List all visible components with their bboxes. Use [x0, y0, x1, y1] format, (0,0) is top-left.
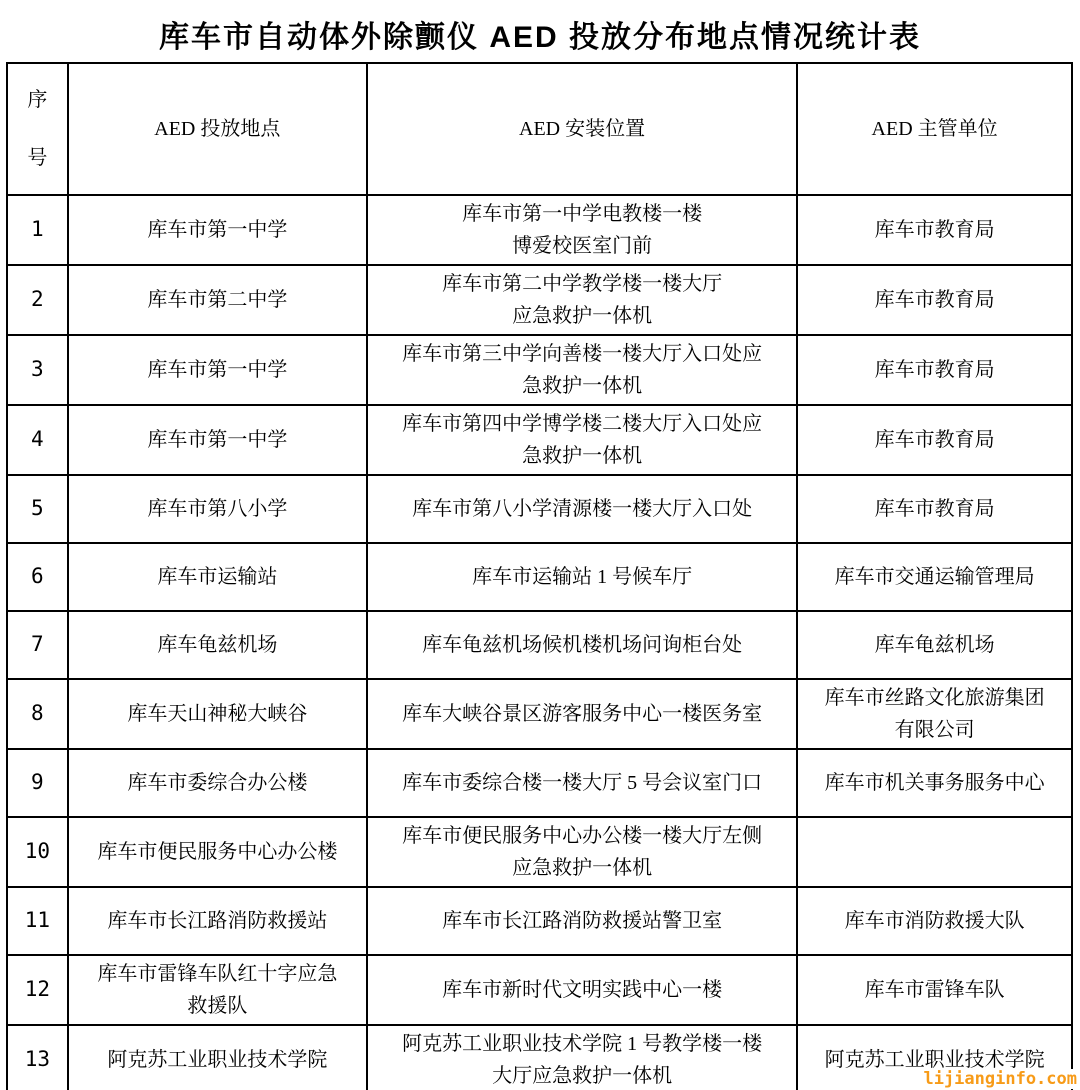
cell-position: 库车市便民服务中心办公楼一楼大厅左侧 应急救护一体机 — [367, 817, 797, 887]
cell-num: 13 — [7, 1025, 68, 1090]
cell-num: 9 — [7, 749, 68, 817]
table-row: 8库车天山神秘大峡谷库车大峡谷景区游客服务中心一楼医务室库车市丝路文化旅游集团 … — [7, 679, 1072, 749]
cell-location: 库车市长江路消防救援站 — [68, 887, 367, 955]
table-row: 6库车市运输站库车市运输站 1 号候车厅库车市交通运输管理局 — [7, 543, 1072, 611]
table-row: 7库车龟兹机场库车龟兹机场候机楼机场问询柜台处库车龟兹机场 — [7, 611, 1072, 679]
cell-location: 库车市第二中学 — [68, 265, 367, 335]
header-placement-location: AED 投放地点 — [68, 63, 367, 195]
cell-unit: 库车市丝路文化旅游集团 有限公司 — [797, 679, 1072, 749]
cell-location: 库车市运输站 — [68, 543, 367, 611]
cell-num: 1 — [7, 195, 68, 265]
header-install-position: AED 安装位置 — [367, 63, 797, 195]
cell-position: 库车市第四中学博学楼二楼大厅入口处应 急救护一体机 — [367, 405, 797, 475]
table-body: 1库车市第一中学库车市第一中学电教楼一楼 博爱校医室门前库车市教育局2库车市第二… — [7, 195, 1072, 1090]
cell-num: 4 — [7, 405, 68, 475]
table-row: 11库车市长江路消防救援站库车市长江路消防救援站警卫室库车市消防救援大队 — [7, 887, 1072, 955]
table-row: 9库车市委综合办公楼库车市委综合楼一楼大厅 5 号会议室门口库车市机关事务服务中… — [7, 749, 1072, 817]
cell-location: 库车市第一中学 — [68, 405, 367, 475]
cell-unit: 库车市教育局 — [797, 405, 1072, 475]
cell-location: 库车天山神秘大峡谷 — [68, 679, 367, 749]
cell-unit: 库车市交通运输管理局 — [797, 543, 1072, 611]
cell-num: 8 — [7, 679, 68, 749]
header-serial-number-label: 序号 — [26, 71, 48, 187]
page: 库车市自动体外除颤仪 AED 投放分布地点情况统计表 序号 AED 投放地点 A… — [0, 0, 1080, 1090]
table-row: 10库车市便民服务中心办公楼库车市便民服务中心办公楼一楼大厅左侧 应急救护一体机 — [7, 817, 1072, 887]
cell-position: 库车市第二中学教学楼一楼大厅 应急救护一体机 — [367, 265, 797, 335]
cell-location: 库车市委综合办公楼 — [68, 749, 367, 817]
cell-location: 库车市便民服务中心办公楼 — [68, 817, 367, 887]
cell-location: 阿克苏工业职业技术学院 — [68, 1025, 367, 1090]
cell-position: 库车市新时代文明实践中心一楼 — [367, 955, 797, 1025]
cell-unit — [797, 817, 1072, 887]
cell-location: 库车市第一中学 — [68, 335, 367, 405]
cell-position: 库车市委综合楼一楼大厅 5 号会议室门口 — [367, 749, 797, 817]
cell-position: 库车市第三中学向善楼一楼大厅入口处应 急救护一体机 — [367, 335, 797, 405]
cell-location: 库车龟兹机场 — [68, 611, 367, 679]
cell-num: 6 — [7, 543, 68, 611]
watermark: lijianginfo.com — [919, 1069, 1077, 1089]
cell-position: 库车市第一中学电教楼一楼 博爱校医室门前 — [367, 195, 797, 265]
table-row: 5库车市第八小学库车市第八小学清源楼一楼大厅入口处库车市教育局 — [7, 475, 1072, 543]
header-serial-number: 序号 — [7, 63, 68, 195]
table-row: 3库车市第一中学库车市第三中学向善楼一楼大厅入口处应 急救护一体机库车市教育局 — [7, 335, 1072, 405]
cell-position: 库车市运输站 1 号候车厅 — [367, 543, 797, 611]
aed-distribution-table: 序号 AED 投放地点 AED 安装位置 AED 主管单位 1库车市第一中学库车… — [6, 62, 1073, 1090]
cell-position: 库车龟兹机场候机楼机场问询柜台处 — [367, 611, 797, 679]
cell-location: 库车市第八小学 — [68, 475, 367, 543]
table-row: 2库车市第二中学库车市第二中学教学楼一楼大厅 应急救护一体机库车市教育局 — [7, 265, 1072, 335]
cell-num: 3 — [7, 335, 68, 405]
table-row: 4库车市第一中学库车市第四中学博学楼二楼大厅入口处应 急救护一体机库车市教育局 — [7, 405, 1072, 475]
cell-unit: 库车市教育局 — [797, 335, 1072, 405]
cell-unit: 库车市教育局 — [797, 265, 1072, 335]
cell-unit: 库车市消防救援大队 — [797, 887, 1072, 955]
header-row: 序号 AED 投放地点 AED 安装位置 AED 主管单位 — [7, 63, 1072, 195]
header-supervising-unit: AED 主管单位 — [797, 63, 1072, 195]
table-row: 13阿克苏工业职业技术学院阿克苏工业职业技术学院 1 号教学楼一楼 大厅应急救护… — [7, 1025, 1072, 1090]
page-title: 库车市自动体外除颤仪 AED 投放分布地点情况统计表 — [0, 0, 1080, 56]
cell-unit: 库车市雷锋车队 — [797, 955, 1072, 1025]
cell-unit: 库车市机关事务服务中心 — [797, 749, 1072, 817]
cell-unit: 库车市教育局 — [797, 475, 1072, 543]
cell-location: 库车市雷锋车队红十字应急 救援队 — [68, 955, 367, 1025]
table-header: 序号 AED 投放地点 AED 安装位置 AED 主管单位 — [7, 63, 1072, 195]
cell-location: 库车市第一中学 — [68, 195, 367, 265]
cell-num: 11 — [7, 887, 68, 955]
cell-num: 12 — [7, 955, 68, 1025]
cell-position: 库车大峡谷景区游客服务中心一楼医务室 — [367, 679, 797, 749]
cell-num: 2 — [7, 265, 68, 335]
cell-position: 库车市长江路消防救援站警卫室 — [367, 887, 797, 955]
cell-unit: 库车龟兹机场 — [797, 611, 1072, 679]
cell-num: 5 — [7, 475, 68, 543]
table-row: 12库车市雷锋车队红十字应急 救援队库车市新时代文明实践中心一楼库车市雷锋车队 — [7, 955, 1072, 1025]
cell-num: 7 — [7, 611, 68, 679]
cell-position: 阿克苏工业职业技术学院 1 号教学楼一楼 大厅应急救护一体机 — [367, 1025, 797, 1090]
table-row: 1库车市第一中学库车市第一中学电教楼一楼 博爱校医室门前库车市教育局 — [7, 195, 1072, 265]
cell-unit: 库车市教育局 — [797, 195, 1072, 265]
cell-num: 10 — [7, 817, 68, 887]
cell-position: 库车市第八小学清源楼一楼大厅入口处 — [367, 475, 797, 543]
